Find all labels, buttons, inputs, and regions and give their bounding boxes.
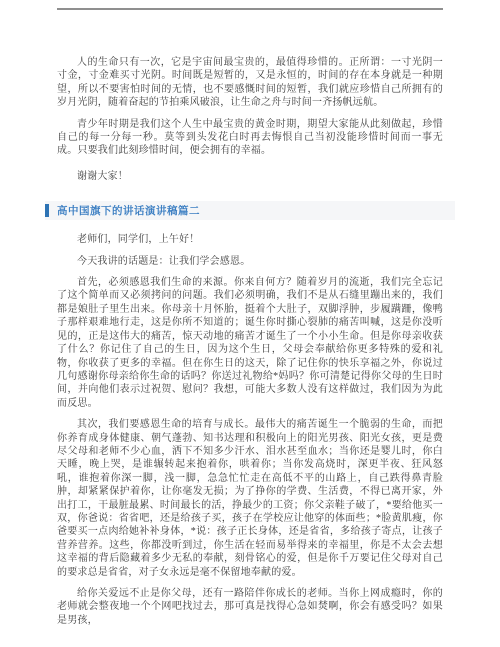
paragraph-youth-golden-period: 青少年时期是我们这个人生中最宝贵的黄金时期，期望大家能从此刻做起，珍惜自己的每一… xyxy=(57,118,443,158)
page-top-rule xyxy=(57,8,443,10)
section-heading-speech-2: 高中国旗下的讲话演讲稿篇二 xyxy=(45,201,455,220)
heading-accent-bar xyxy=(45,204,49,217)
paragraph-gratitude-upbringing: 其次，我们要感恩生命的培育与成长。最伟大的痛苦诞生一个脆弱的生命，而把你养育成身… xyxy=(57,418,443,579)
section-heading-title: 高中国旗下的讲话演讲稿篇二 xyxy=(57,203,200,218)
paragraph-greeting: 老师们，同学们，上午好！ xyxy=(57,233,443,246)
document-page: 人的生命只有一次，它是宇宙间最宝贵的，最值得珍惜的。正所谓：一寸光阴一寸金，寸金… xyxy=(0,0,500,647)
paragraph-gratitude-origin: 首先，必须感恩我们生命的来源。你来自何方？随着岁月的流逝，我们完全忘记了这个简单… xyxy=(57,276,443,410)
paragraph-topic: 今天我讲的话题是：让我们学会感恩。 xyxy=(57,255,443,268)
paragraph-life-once: 人的生命只有一次，它是宇宙间最宝贵的，最值得珍惜的。正所谓：一寸光阴一寸金，寸金… xyxy=(57,56,443,110)
paragraph-teachers-care: 给你关爱远不止是你父母，还有一路陪伴你成长的老师。当你上网成瘾时，你的老师就会整… xyxy=(57,587,443,627)
paragraph-thanks: 谢谢大家！ xyxy=(57,170,443,183)
